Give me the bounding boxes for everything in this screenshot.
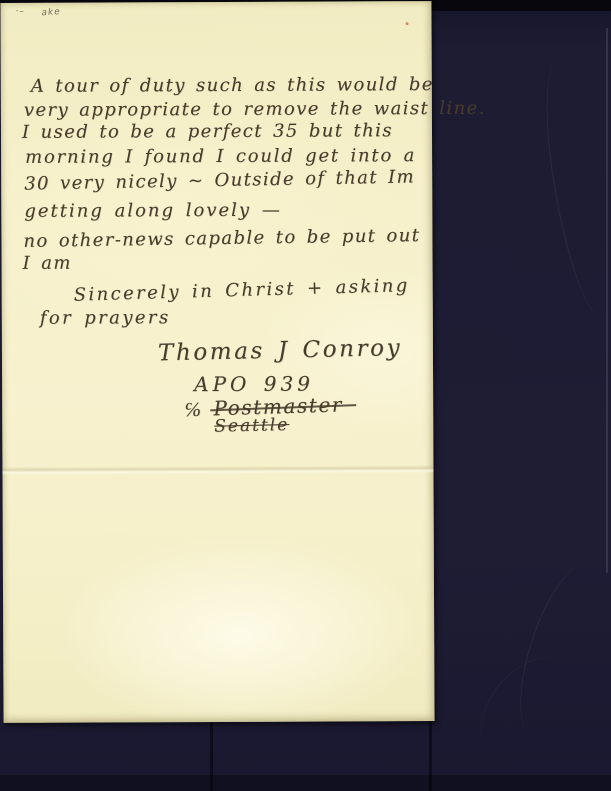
handwriting-line: morning I found I could get into a bbox=[25, 146, 416, 168]
pencil-mark: ·– bbox=[15, 7, 24, 17]
paper-fold-crease bbox=[2, 465, 433, 475]
closing-line: Sincerely in Christ + asking bbox=[73, 276, 410, 306]
handwriting-line: 30 very nicely ~ Outside of that Im bbox=[24, 167, 415, 195]
handwriting-line: no other-news capable to be put out bbox=[23, 226, 420, 253]
signature: Thomas J Conroy bbox=[158, 335, 403, 367]
address-line-seattle: Seattle bbox=[214, 416, 289, 437]
scanner-bed-bottom-band bbox=[0, 775, 611, 791]
scanned-letter-page: ·– ake A tour of duty such as this would… bbox=[0, 0, 611, 791]
handwriting-line: I am bbox=[23, 254, 72, 275]
paper-stain-speck bbox=[406, 22, 409, 25]
letter-paper: ·– ake A tour of duty such as this would… bbox=[0, 1, 434, 723]
handwriting-line: getting along lovely — bbox=[24, 201, 282, 223]
handwriting-line: I used to be a perfect 35 but this bbox=[22, 121, 393, 143]
pencil-mark: ake bbox=[41, 7, 61, 18]
closing-line: for prayers bbox=[40, 308, 171, 329]
handwriting-line: A tour of duty such as this would be bbox=[31, 75, 434, 97]
handwriting-line: very appropriate to remove the waist lin… bbox=[24, 99, 486, 122]
scan-scratch-mark bbox=[533, 58, 611, 323]
address-line-apo: APO 939 bbox=[194, 373, 314, 397]
